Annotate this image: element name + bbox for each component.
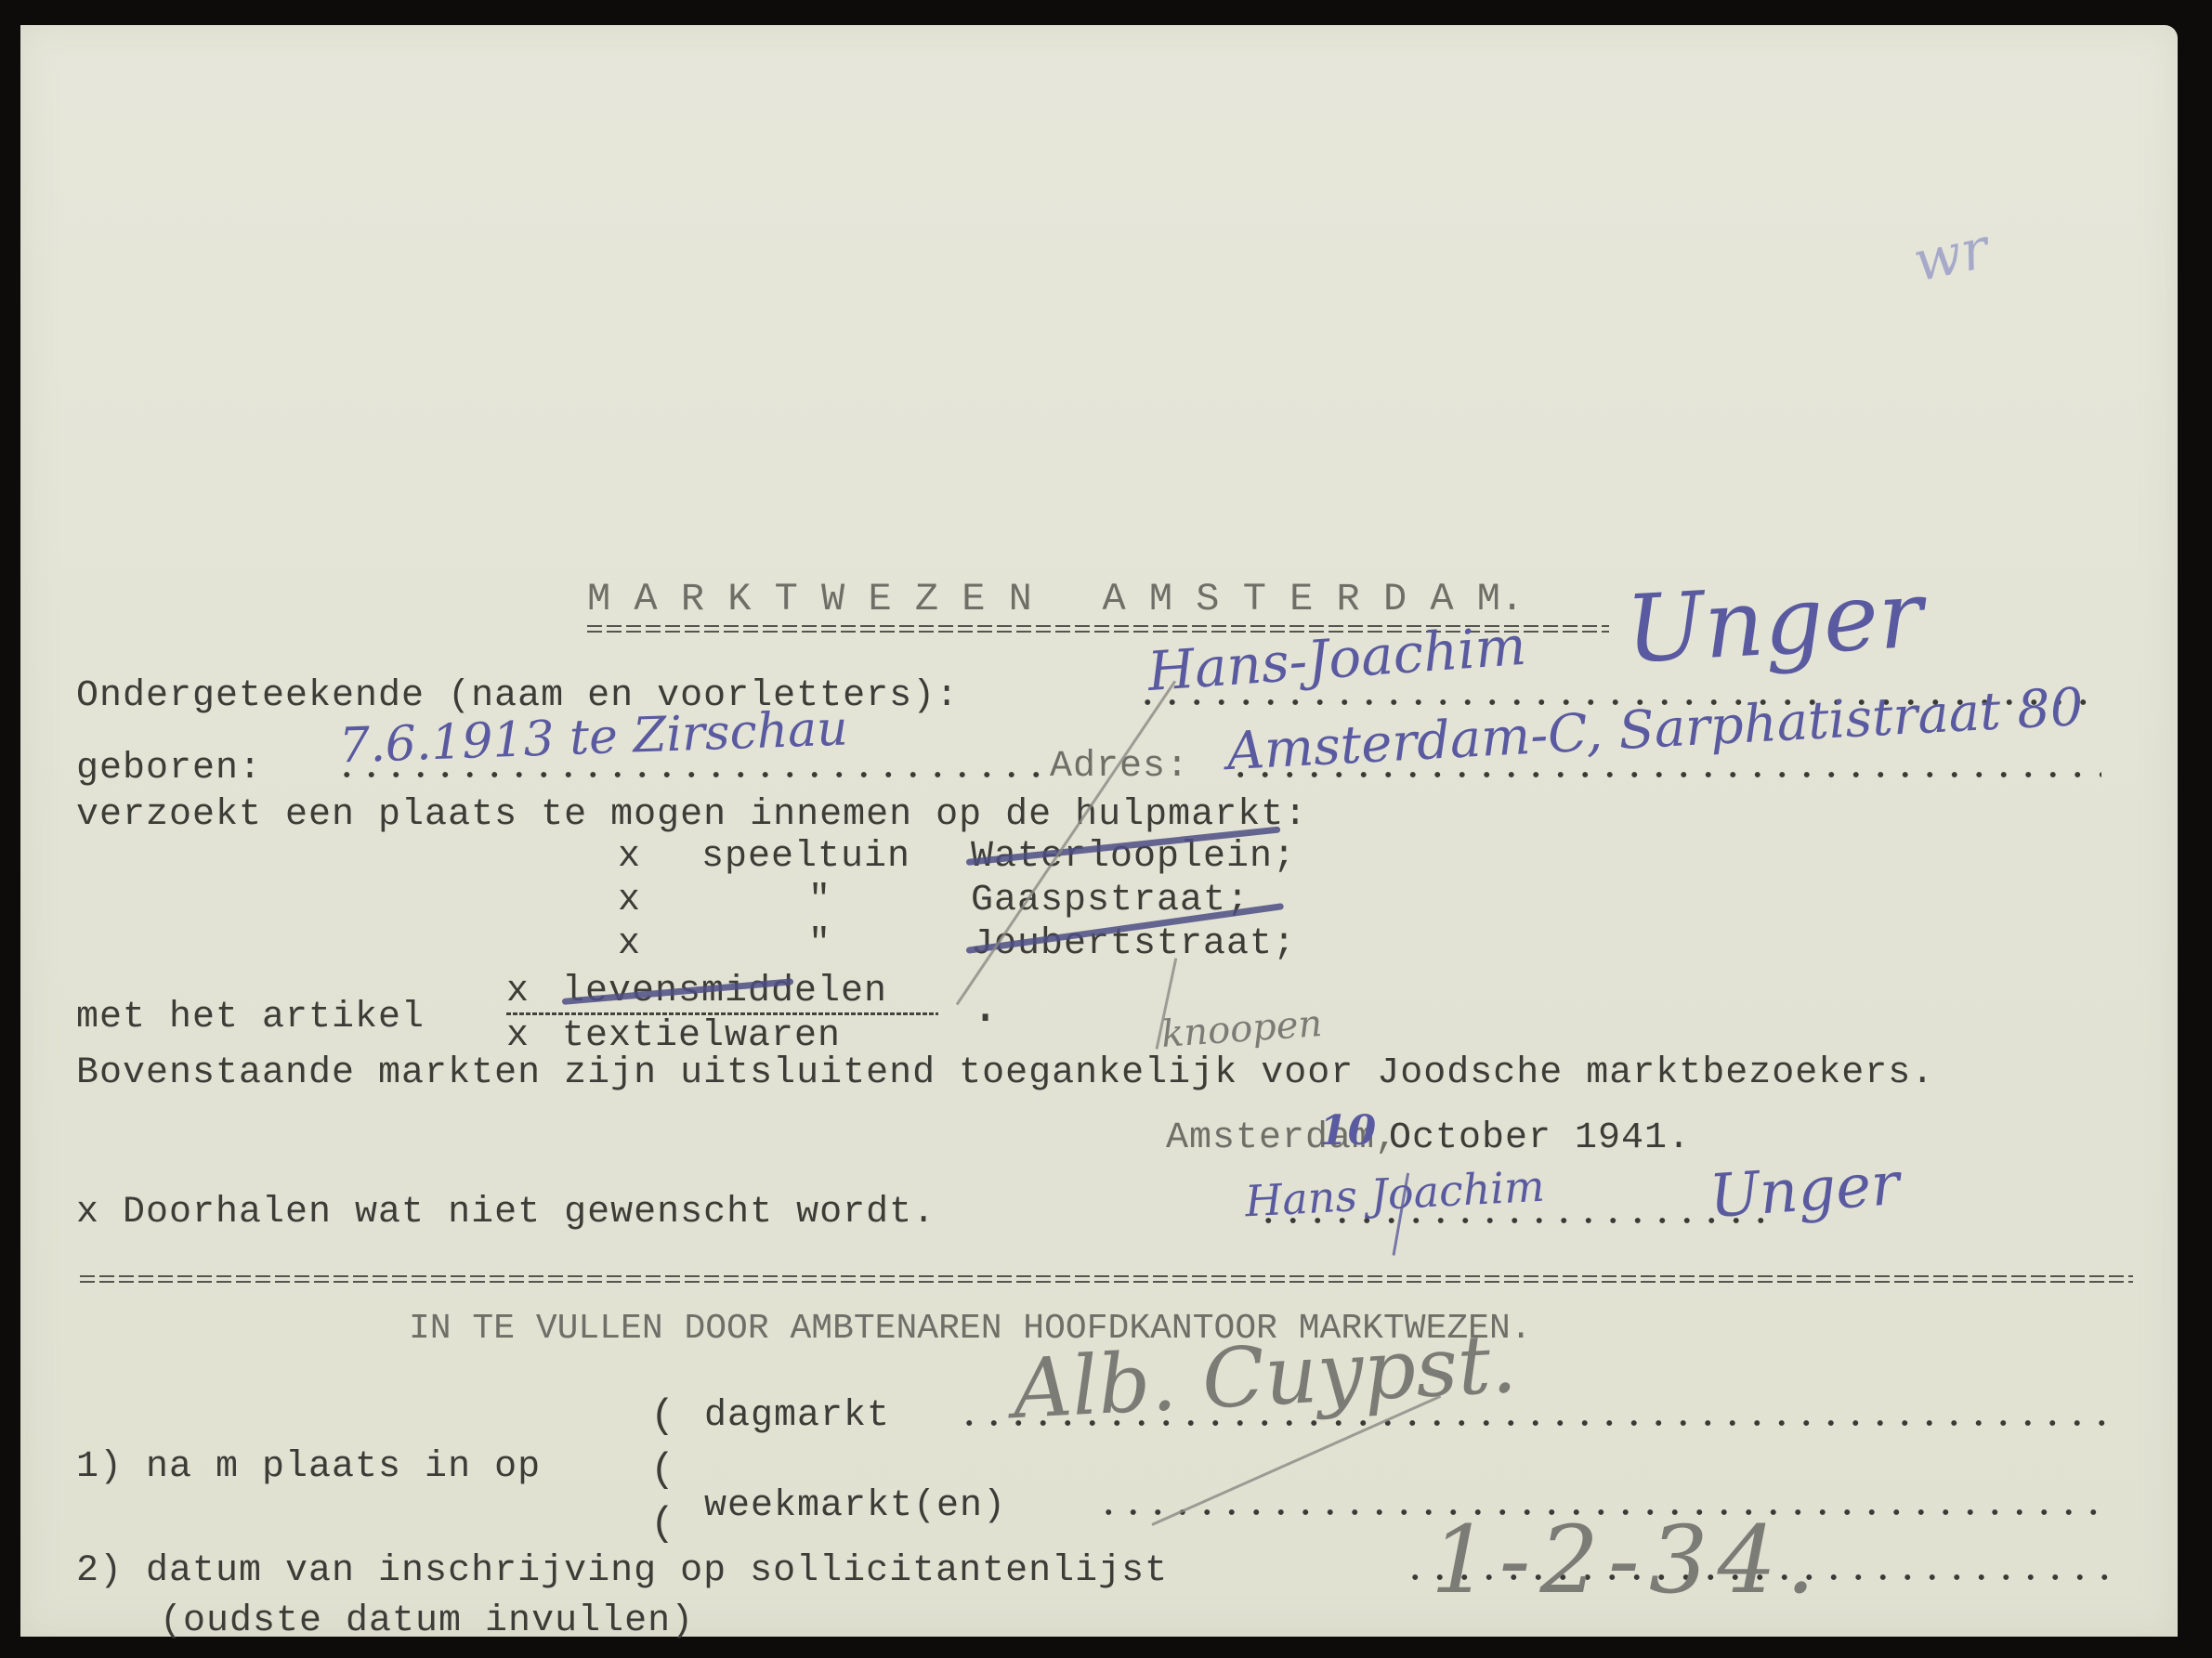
- section-divider: [80, 1274, 2133, 1284]
- dagmarkt-value: Alb. Cuypst.: [1011, 1323, 1518, 1430]
- market-3-marker: x: [618, 926, 641, 963]
- address-label: Adres:: [1050, 749, 1189, 786]
- signature-last: Unger: [1708, 1155, 1902, 1227]
- item2-label: 2) datum van inschrijving op sollicitant…: [76, 1553, 1168, 1590]
- dagmarkt-label: dagmarkt: [704, 1398, 890, 1435]
- article-period: .: [971, 985, 1001, 1033]
- market-1-prefix: speeltuin: [701, 839, 910, 876]
- market-1-marker: x: [618, 839, 641, 876]
- item2-value: 1-2-34.: [1431, 1514, 1825, 1607]
- item2-sub: (oudste datum invullen): [160, 1603, 694, 1640]
- article-1-name: levensmiddelen: [562, 973, 887, 1011]
- market-2-marker: x: [618, 882, 641, 920]
- article-2-marker: x: [506, 1018, 530, 1055]
- footnote-text: x Doorhalen wat niet gewenscht wordt.: [76, 1195, 936, 1232]
- place-day: 10: [1319, 1111, 1376, 1152]
- born-label: geboren:: [76, 751, 262, 788]
- born-dotted-field: [334, 771, 1041, 778]
- market-2-prefix: ": [808, 882, 831, 920]
- item1-label: 1) na m plaats in op: [76, 1449, 541, 1486]
- article-1-marker: x: [506, 973, 530, 1011]
- market-3-prefix: ": [808, 926, 831, 963]
- article-2-name: textielwaren: [562, 1018, 841, 1055]
- request-text: verzoekt een plaats te mogen innemen op …: [76, 797, 1307, 834]
- corner-note: wr: [1909, 220, 1994, 290]
- article-label: met het artikel: [76, 999, 425, 1037]
- notice-text: Bovenstaande markten zijn uitsluitend to…: [76, 1055, 1934, 1092]
- place-month-year: October 1941.: [1389, 1120, 1691, 1157]
- weekmarkt-label: weekmarkt(en): [704, 1488, 1006, 1525]
- item1-brace-top: (: [650, 1393, 674, 1440]
- name-value-last: Unger: [1624, 568, 1925, 677]
- item1-brace-mid: (: [650, 1447, 674, 1494]
- document-title: M A R K T W E Z E N A M S T E R D A M.: [587, 580, 1524, 619]
- article-annotation: knoopen: [1160, 1005, 1324, 1053]
- item1-brace-bottom: (: [650, 1501, 674, 1547]
